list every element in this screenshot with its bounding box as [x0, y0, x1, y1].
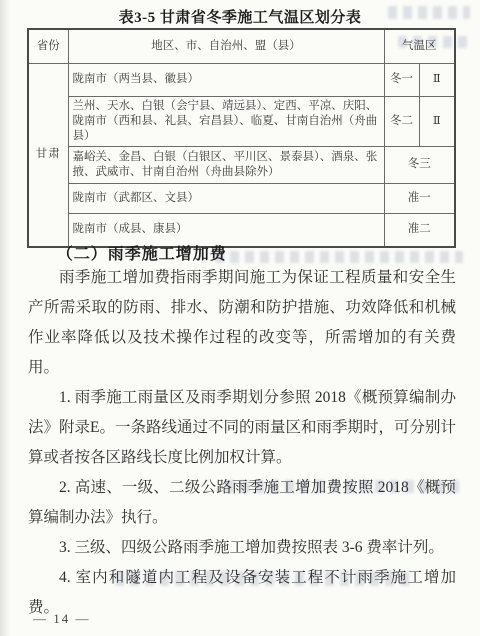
region-cell: 陇南市（两当县、徽县）: [68, 63, 384, 96]
region-cell: 兰州、天水、白银（会宁县、靖远县）、定西、平凉、庆阳、陇南市（西和县、礼县、宕昌…: [68, 96, 384, 146]
zone-cell: 冬三: [384, 146, 455, 183]
scan-edge-shading: [0, 0, 10, 636]
region-header-cell: 地区、市、自治州、盟（县）: [68, 29, 384, 63]
temp-grade-cell: Ⅱ: [419, 96, 455, 146]
paragraph-item-2: 2. 高速、一级、二级公路雨季施工增加费按照 2018《概预算编制办法》执行。: [28, 473, 456, 533]
zone-cell: 冬一: [384, 63, 419, 96]
paragraph-intro: 雨季施工增加费指雨季期间施工为保证工程质量和安全生产所需采取的防雨、排水、防潮和…: [28, 263, 456, 383]
zone-header-cell: 气温区: [384, 29, 455, 63]
section-heading: （二）雨季施工增加费: [28, 241, 456, 264]
zone-cell: 准一: [384, 183, 455, 213]
paragraph-item-3: 3. 三级、四级公路雨季施工增加费按照表 3-6 费率计列。: [28, 533, 456, 563]
paragraph-item-4: 4. 室内和隧道内工程及设备安装工程不计雨季施工增加费。: [28, 563, 456, 623]
province-cell: 甘肃: [28, 63, 68, 247]
region-cell: 嘉峪关、金昌、白银（白银区、平川区、景泰县）、酒泉、张掖、武威市、甘南自治州（舟…: [68, 146, 384, 183]
paragraph-item-1: 1. 雨季施工雨量区及雨季期划分参照 2018《概预算编制办法》附录E。一条路线…: [28, 383, 456, 473]
table-title: 表3-5 甘肃省冬季施工气温区划分表: [0, 6, 480, 27]
page-number: — 14 —: [33, 611, 91, 627]
body-text-block: 雨季施工增加费指雨季期间施工为保证工程质量和安全生产所需采取的防雨、排水、防潮和…: [28, 263, 456, 623]
scanned-document-page: 表3-5 甘肃省冬季施工气温区划分表 省份 地区、市、自治州、盟（县） 气温区 …: [0, 0, 480, 636]
province-header-cell: 省份: [28, 29, 68, 63]
winter-temperature-zone-table: 省份 地区、市、自治州、盟（县） 气温区 甘肃 陇南市（两当县、徽县） 冬一 Ⅱ…: [27, 28, 456, 248]
region-cell: 陇南市（武都区、文县）: [68, 183, 384, 213]
temp-grade-cell: Ⅱ: [419, 63, 455, 96]
zone-cell: 冬二: [384, 96, 419, 146]
